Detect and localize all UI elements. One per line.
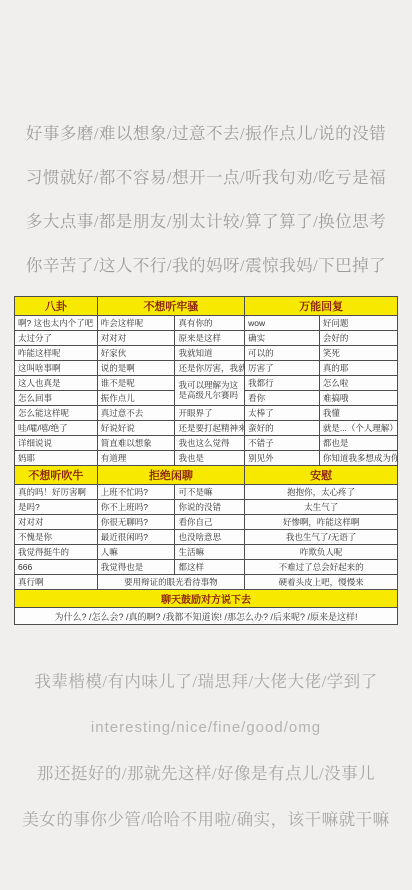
table-cell: 你很无聊吗? (97, 515, 175, 530)
table-cell: 可以的 (245, 346, 320, 361)
table-cell: 咋会这样呢 (97, 316, 175, 331)
table-header-cell: 拒绝闲聊 (97, 466, 244, 485)
table-cell: 笑死 (319, 346, 397, 361)
intro-phrases-block: 好事多磨/难以想象/过意不去/振作点儿/说的没错 习惯就好/都不容易/想开一点/… (0, 0, 412, 288)
table-row: 哇/嚯/嘻/绝了好说好说还是要打起精神来蛮好的就是...（个人理解） (15, 421, 398, 436)
table-cell: 别见外 (245, 451, 320, 466)
table-cell: 硬着头皮上吧，慢慢来 (245, 575, 398, 590)
table-row: 对对对你很无聊吗?看你自己好惨啊，咋能这样啊 (15, 515, 398, 530)
phrase-line: 我辈楷模/有内味儿了/瑞思拜/大佬大佬/学到了 (0, 659, 412, 705)
table-cell: 真行啊 (15, 575, 98, 590)
table-cell: 详细说说 (15, 436, 98, 451)
table-cell: 对对对 (97, 331, 175, 346)
table-cell: 666 (15, 560, 98, 575)
table-cell: 哇/嚯/嘻/绝了 (15, 421, 98, 436)
table-cell: 我都行 (245, 376, 320, 391)
table-cell: 说的是啊 (97, 361, 175, 376)
table-cell: 是吗? (15, 500, 98, 515)
table-cell: 啊? 这也太内个了吧 (15, 316, 98, 331)
table-row: 是吗?你不上班吗?你说的没错太生气了 (15, 500, 398, 515)
table-cell: 抱抱你，太心疼了 (245, 485, 398, 500)
table-row: 真行啊要用辩证的眼光看待事物硬着头皮上吧，慢慢来 (15, 575, 398, 590)
table-header-cell: 不想听牢骚 (97, 297, 244, 316)
table-cell: 原来是这样 (175, 331, 245, 346)
table-cell: 这人也真是 (15, 376, 98, 391)
table-header-cell: 安慰 (245, 466, 398, 485)
phrase-line: 习惯就好/都不容易/想开一点/听我句劝/吃亏是福 (0, 156, 412, 200)
table-cell: 要用辩证的眼光看待事物 (97, 575, 244, 590)
table-cell: 太过分了 (15, 331, 98, 346)
table-row: 妈耶有道理我也是别见外你知道我多想成为你吗 (15, 451, 398, 466)
table-cell: 厉害了 (245, 361, 320, 376)
table-cell: 你知道我多想成为你吗 (319, 451, 397, 466)
table-cell: 谁不是呢 (97, 376, 175, 391)
table-row: 不愧是你最近很闲吗?也没啥意思我也生气了/无语了 (15, 530, 398, 545)
table-cell: 振作点儿 (97, 391, 175, 406)
table-row: 真的吗！好厉害啊上班不忙吗?可不是嘛抱抱你，太心疼了 (15, 485, 398, 500)
table-row: 聊天鼓励对方说下去 (15, 590, 398, 608)
table-cell: 也没啥意思 (175, 530, 245, 545)
table-cell: 我觉得也是 (97, 560, 175, 575)
table-row: 怎么能这样呢真过意不去开眼界了太棒了我懂 (15, 406, 398, 421)
table-row: 详细说说简直难以想象我也这么觉得不错子都也是 (15, 436, 398, 451)
table-cell: 妈耶 (15, 451, 98, 466)
table-row: 咋能这样呢好家伙我就知道可以的笑死 (15, 346, 398, 361)
table-header-cell: 不想听吹牛 (15, 466, 98, 485)
table-header-cell: 八卦 (15, 297, 98, 316)
table-row: 啊? 这也太内个了吧咋会这样呢真有你的wow好问题 (15, 316, 398, 331)
table-cell: 怎么能这样呢 (15, 406, 98, 421)
phrase-line: 那还挺好的/那就先这样/好像是有点儿/没事儿 (0, 751, 412, 797)
table-row: 我觉得挺牛的人嘛生活嘛咋欺负人呢 (15, 545, 398, 560)
table-cell: 可不是嘛 (175, 485, 245, 500)
table-row: 这人也真是谁不是呢我可以理解为这是高级凡尔赛吗我都行怎么啦 (15, 376, 398, 391)
table-cell: 好家伙 (97, 346, 175, 361)
table-cell: 确实 (245, 331, 320, 346)
table-cell: 看你 (245, 391, 320, 406)
table-cell: 太生气了 (245, 500, 398, 515)
table-cell: wow (245, 316, 320, 331)
phrase-line: 你辛苦了/这人不行/我的妈呀/震惊我妈/下巴掉了 (0, 244, 412, 288)
table-cell: 真有你的 (175, 316, 245, 331)
table-cell: 对对对 (15, 515, 98, 530)
table-cell: 不错子 (245, 436, 320, 451)
table-cell: 我可以理解为这是高级凡尔赛吗 (175, 376, 245, 406)
table-row: 太过分了对对对原来是这样确实会好的 (15, 331, 398, 346)
table-header-cell: 万能回复 (245, 297, 398, 316)
table-cell: 我就知道 (175, 346, 245, 361)
table-cell: 我懂 (319, 406, 397, 421)
table-cell: 聊天鼓励对方说下去 (15, 590, 398, 608)
table-cell: 都也是 (319, 436, 397, 451)
table-cell: 真的耶 (319, 361, 397, 376)
table-cell: 怎么啦 (319, 376, 397, 391)
table-cell: 真过意不去 (97, 406, 175, 421)
table-cell: 就是...（个人理解） (319, 421, 397, 436)
table-row: 这叫啥事啊说的是啊还是你厉害，我就不行厉害了真的耶 (15, 361, 398, 376)
table-cell: 有道理 (97, 451, 175, 466)
table-cell: 还是要打起精神来 (175, 421, 245, 436)
table-cell: 真的吗！好厉害啊 (15, 485, 98, 500)
table-cell: 这叫啥事啊 (15, 361, 98, 376)
table-cell: 都这样 (175, 560, 245, 575)
table-cell: 太棒了 (245, 406, 320, 421)
table-section-header-row: 不想听吹牛拒绝闲聊安慰 (15, 466, 398, 485)
table-cell: 还是你厉害，我就不行 (175, 361, 245, 376)
reply-cheatsheet-table: 八卦不想听牢骚万能回复啊? 这也太内个了吧咋会这样呢真有你的wow好问题太过分了… (14, 296, 398, 625)
phrase-line: 美女的事你少管/哈哈不用啦/确实，该干嘛就干嘛 (0, 797, 412, 843)
table-section-header-row: 八卦不想听牢骚万能回复 (15, 297, 398, 316)
phrase-line: 多大点事/都是朋友/别太计较/算了算了/换位思考 (0, 200, 412, 244)
table-cell: 不难过了总会好起来的 (245, 560, 398, 575)
table-cell: 好问题 (319, 316, 397, 331)
table-cell: 生活嘛 (175, 545, 245, 560)
table-cell: 我也生气了/无语了 (245, 530, 398, 545)
table-cell: 我也这么觉得 (175, 436, 245, 451)
table-cell: 看你自己 (175, 515, 245, 530)
table-cell: 咋欺负人呢 (245, 545, 398, 560)
table-cell: 开眼界了 (175, 406, 245, 421)
table-cell: 难搞哦 (319, 391, 397, 406)
phrase-line: interesting/nice/fine/good/omg (0, 705, 412, 751)
table-cell: 为什么? /怎么会? /真的啊? /我都不知道诶! /那怎么办? /后来呢? /… (15, 608, 398, 625)
table-cell: 简直难以想象 (97, 436, 175, 451)
table-cell: 好说好说 (97, 421, 175, 436)
phrase-line: 好事多磨/难以想象/过意不去/振作点儿/说的没错 (0, 112, 412, 156)
table-cell: 好惨啊，咋能这样啊 (245, 515, 398, 530)
table-cell: 我觉得挺牛的 (15, 545, 98, 560)
table-cell: 你不上班吗? (97, 500, 175, 515)
table-cell: 你说的没错 (175, 500, 245, 515)
table-cell: 会好的 (319, 331, 397, 346)
table-row: 666我觉得也是都这样不难过了总会好起来的 (15, 560, 398, 575)
table-cell: 最近很闲吗? (97, 530, 175, 545)
meme-image: 好事多磨/难以想象/过意不去/振作点儿/说的没错 习惯就好/都不容易/想开一点/… (0, 0, 412, 843)
outro-phrases-block: 我辈楷模/有内味儿了/瑞思拜/大佬大佬/学到了 interesting/nice… (0, 659, 412, 843)
table-cell: 上班不忙吗? (97, 485, 175, 500)
table-cell: 怎么回事 (15, 391, 98, 406)
table-cell: 蛮好的 (245, 421, 320, 436)
table-cell: 咋能这样呢 (15, 346, 98, 361)
table-cell: 不愧是你 (15, 530, 98, 545)
table-cell: 人嘛 (97, 545, 175, 560)
table-row: 为什么? /怎么会? /真的啊? /我都不知道诶! /那怎么办? /后来呢? /… (15, 608, 398, 625)
table-cell: 我也是 (175, 451, 245, 466)
